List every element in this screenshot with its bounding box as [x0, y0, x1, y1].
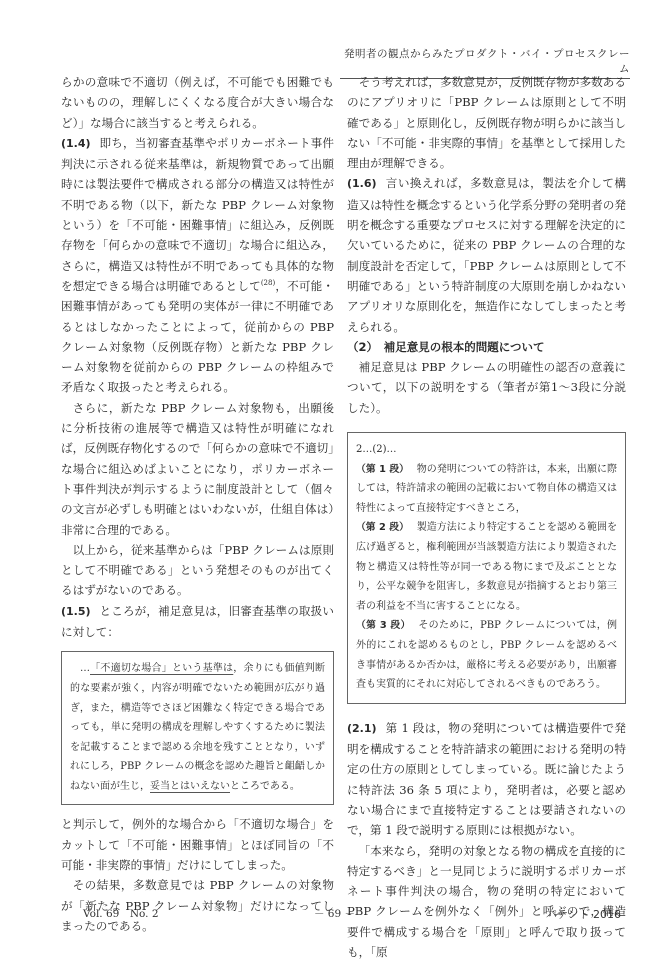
quote-prefix: …	[80, 663, 90, 674]
section-text: 第 1 段は，物の発明については構造要件で発明を構成することを特許請求の範囲にお…	[347, 721, 626, 837]
footer-journal: パテント 2016	[546, 906, 621, 922]
quote-box: 2…(2)… （第 1 段）物の発明についての特許は，本来，出願に際しては，特許…	[347, 432, 626, 704]
section-1-5: (1.5)ところが，補足意見は，旧審査基準の取扱いに対して：	[61, 601, 334, 643]
paragraph-continuation: らかの意味で不適切（例えば，不可能でも困難でもないものの，理解しにくくなる度合が…	[61, 72, 334, 133]
section-1-4: (1.4)即ち，当初審査基準やポリカーボネート事件判決に示される従来基準は，新規…	[61, 133, 334, 398]
paragraph: と判示して，例外的な場合から「不適切な場合」をカットして「不可能・困難事情」とほ…	[61, 814, 334, 875]
paragraph: そう考えれば，多数意見が，反例既存物が多数あるのにアプリオリに「PBP クレーム…	[347, 72, 626, 173]
underlined-phrase: 妥当とはいえない	[150, 781, 230, 792]
section-label: (1.4)	[61, 137, 91, 150]
quote-para-2: （第 2 段）製造方法により特定することを認める範囲を広げ過ぎると，権利範囲が当…	[356, 518, 617, 616]
section-label: (1.6)	[347, 177, 377, 190]
footnote-ref[interactable]: (28)	[261, 279, 275, 287]
section-text-cont: ，不可能・困難事情があっても発明の実体が一律に不明確であるとはしなかったことによ…	[61, 279, 334, 394]
section-text: ところが，補足意見は，旧審査基準の取扱いに対して：	[61, 604, 334, 639]
quote-ref: 2…(2)…	[356, 440, 617, 460]
quote-middle: ，余りにも価値判断的な要素が強く，内容が明確でないため範囲が広がり過ぎ，また，構…	[70, 663, 325, 792]
quote-para-1: （第 1 段）物の発明についての特許は，本来，出願に際しては，特許請求の範囲の記…	[356, 460, 617, 519]
section-text: 即ち，当初審査基準やポリカーボネート事件判決に示される従来基準は，新規物質であっ…	[61, 136, 334, 293]
section-2-1: (2.1)第 1 段は，物の発明については構造要件で発明を構成することを特許請求…	[347, 718, 626, 841]
left-column: らかの意味で不適切（例えば，不可能でも困難でもないものの，理解しにくくなる度合が…	[61, 72, 334, 936]
paragraph: 「本来なら，発明の対象となる物の構成を直接的に特定するべき」と一見同じように説明…	[347, 841, 626, 963]
paragraph: 補足意見は PBP クレームの明確性の認否の意義について，以下の説明をする（筆者…	[347, 357, 626, 418]
section-text: 言い換えれば，多数意見は，製法を介して構造又は特性を概念するという化学系分野の発…	[347, 176, 626, 333]
section-label: (1.5)	[61, 605, 91, 618]
paragraph: 以上から，従来基準からは「PBP クレームは原則として不明確である」という発想そ…	[61, 540, 334, 601]
section-label: (2.1)	[347, 722, 377, 735]
quote-box: …「不適切な場合」という基準は，余りにも価値判断的な要素が強く，内容が明確でない…	[61, 651, 334, 805]
paragraph: さらに，新たな PBP クレーム対象物も，出願後に分析技術の進展等で構造又は特性…	[61, 398, 334, 540]
underlined-phrase: 「不適切な場合」という基準は	[90, 663, 233, 674]
para-label: （第 2 段）	[356, 522, 409, 533]
para-label: （第 3 段）	[356, 620, 411, 631]
right-column: そう考えれば，多数意見が，反例既存物が多数あるのにアプリオリに「PBP クレーム…	[347, 72, 626, 962]
section-1-6: (1.6)言い換えれば，多数意見は，製法を介して構造又は特性を概念するという化学…	[347, 173, 626, 336]
quote-text: …「不適切な場合」という基準は，余りにも価値判断的な要素が強く，内容が明確でない…	[70, 659, 325, 796]
quote-para-3: （第 3 段）そのために，PBP クレームについては，例外的にこれを認めるものと…	[356, 616, 617, 694]
section-heading: （2） 補足意見の根本的問題について	[347, 337, 626, 357]
para-label: （第 1 段）	[356, 464, 409, 475]
para-text: 製造方法により特定することを認める範囲を広げ過ぎると，権利範囲が当該製造方法によ…	[356, 522, 617, 611]
quote-suffix: ところである。	[230, 781, 300, 792]
